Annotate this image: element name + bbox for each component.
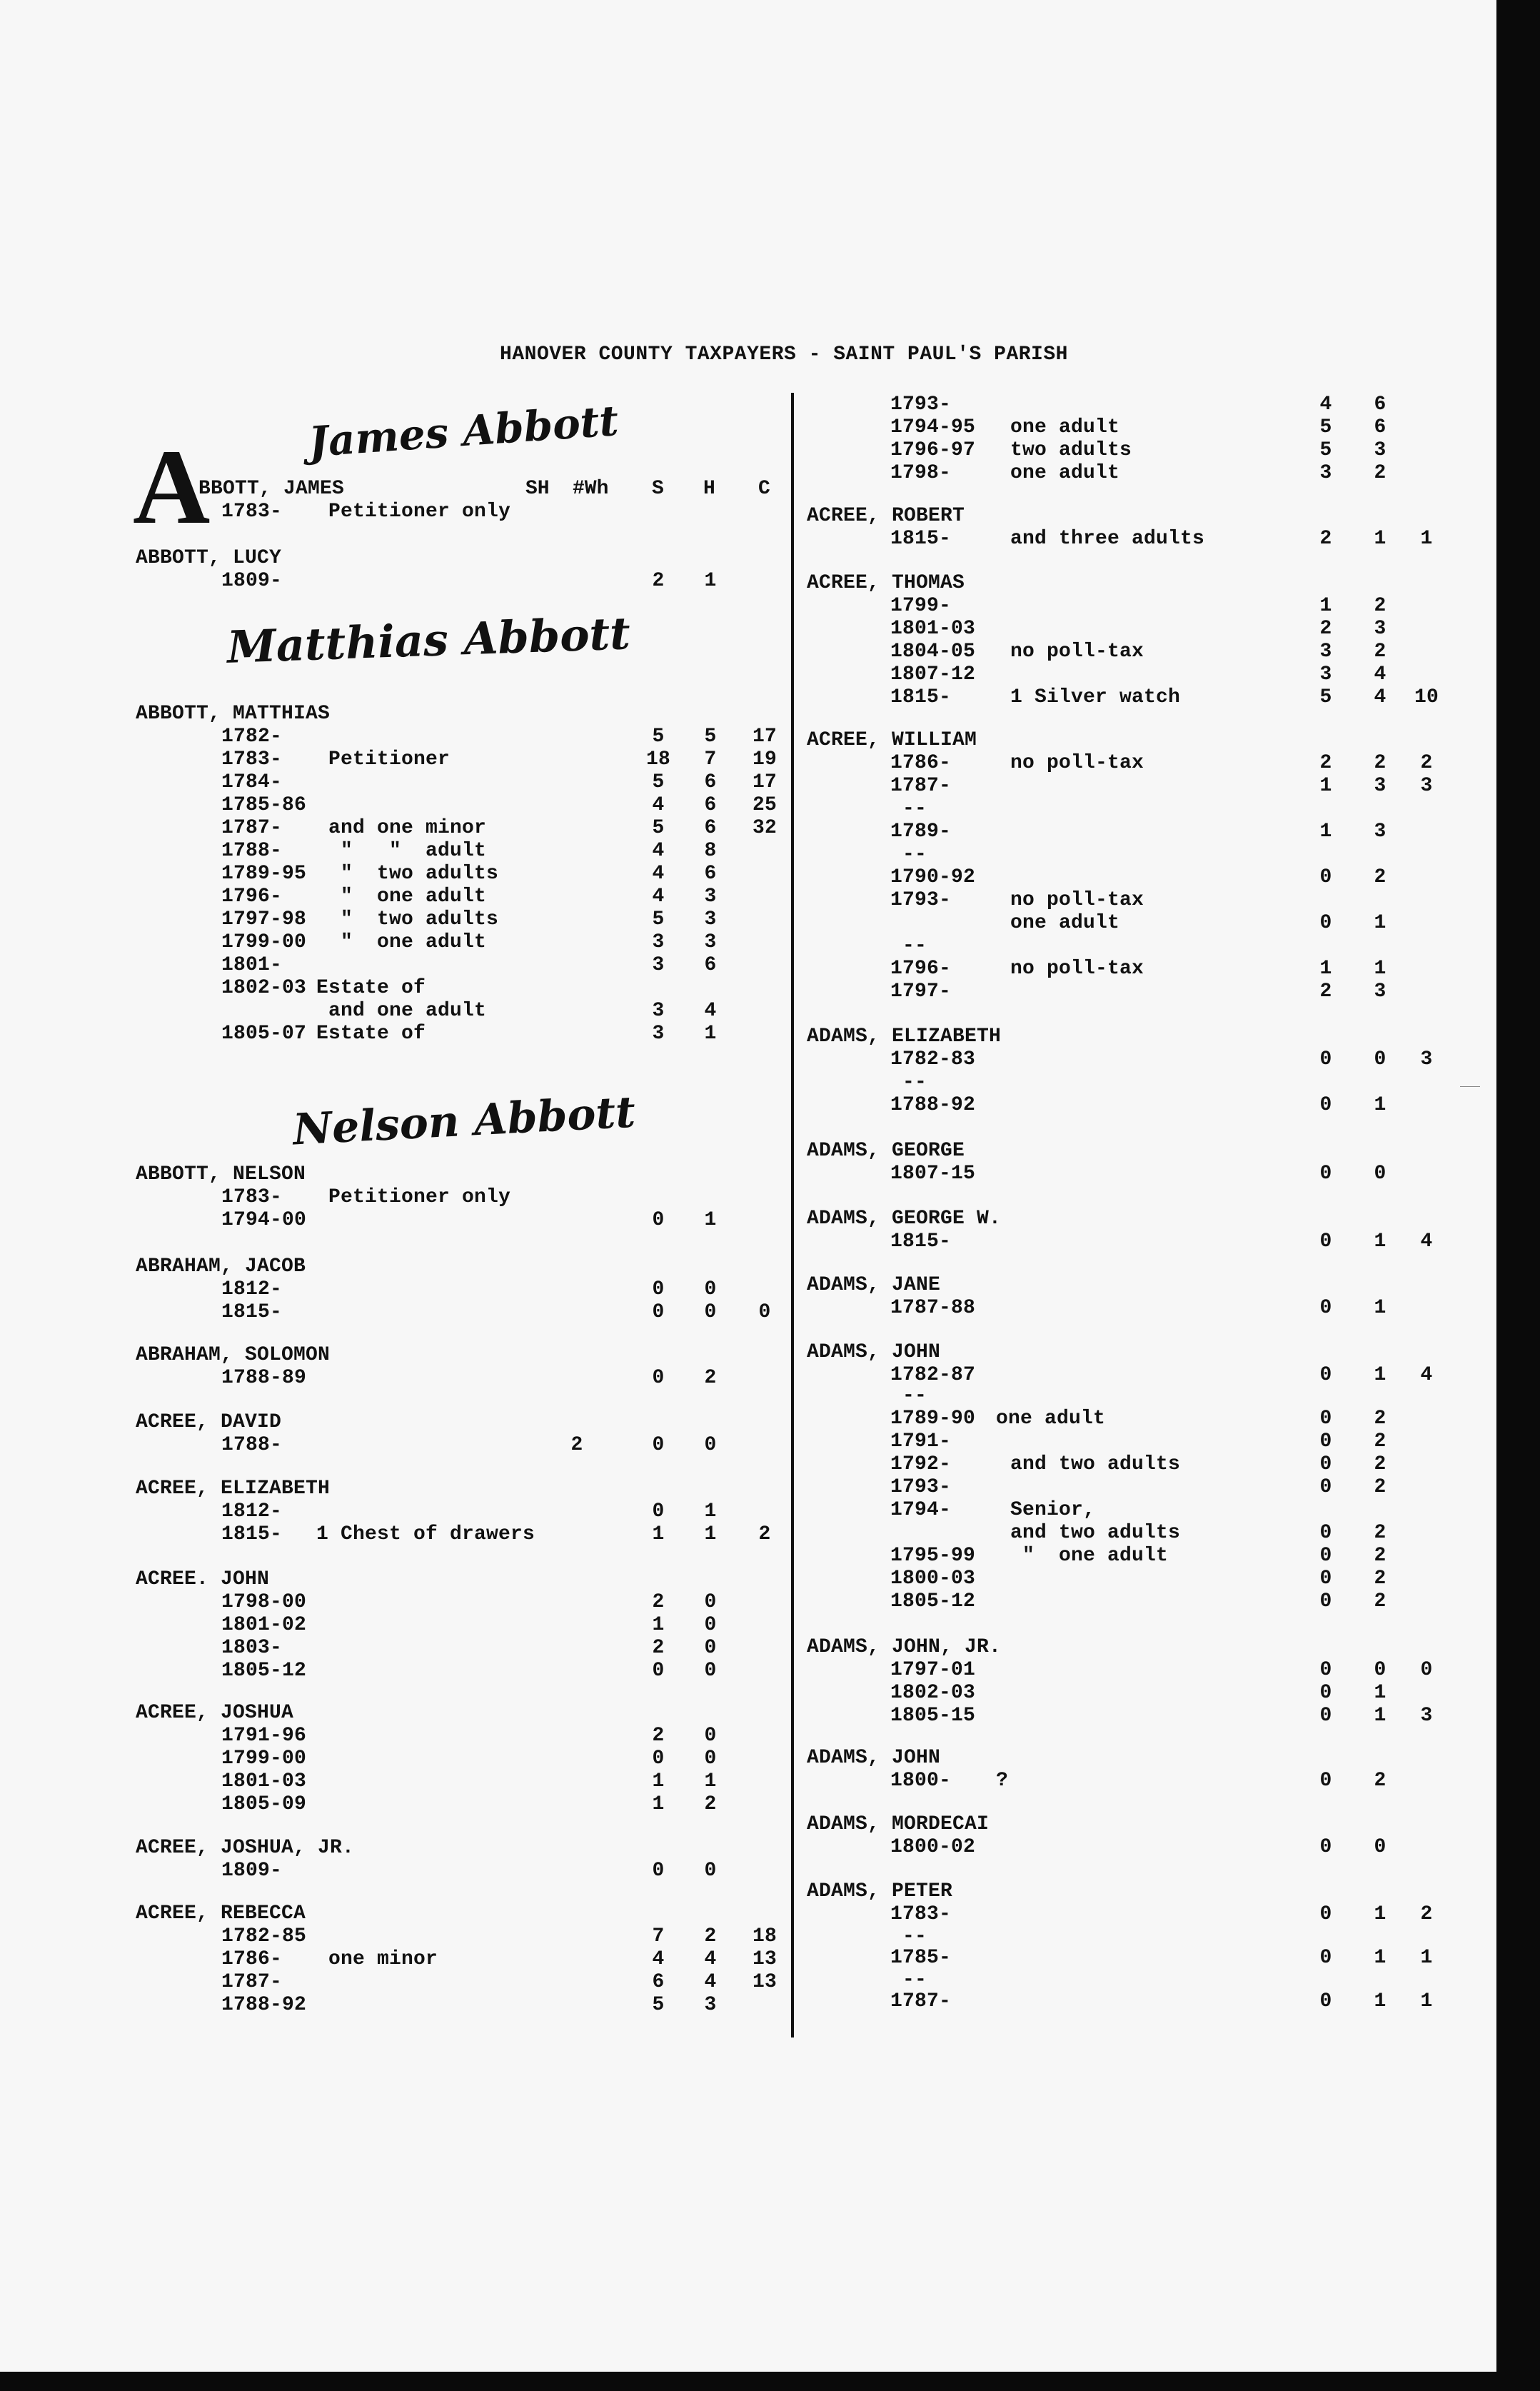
value-slaves: 2 [1308,529,1344,549]
tax-year: 1802-03 [221,978,306,998]
value-cattle: 2 [1409,1905,1444,1925]
value-horses: 2 [693,1368,728,1388]
value-slaves: 0 [1308,1569,1344,1589]
value-horses: 3 [693,887,728,907]
value-slaves: 0 [640,1280,676,1300]
tax-year: 1797-98 [221,910,306,930]
value-horses: 3 [1362,776,1398,796]
value-horses: 0 [1362,1660,1398,1680]
value-slaves: 5 [1308,441,1344,461]
tax-year: 1793- [890,1478,951,1498]
taxpayer-name: ACREE, JOSHUA, JR. [136,1838,354,1858]
value-slaves: 4 [1308,395,1344,415]
value-slaves: 3 [640,933,676,953]
taxpayer-name: ADAMS, MORDECAI [807,1815,989,1835]
tax-year: 1802-03 [890,1683,975,1703]
value-cattle: 13 [747,1973,782,1992]
taxpayer-name: ABRAHAM, JACOB [136,1257,306,1277]
entry-note: one adult [996,1409,1105,1429]
value-slaves: 5 [640,910,676,930]
tax-year: 1787- [890,776,951,796]
value-slaves: 0 [1308,1771,1344,1791]
tax-year: 1785-86 [221,796,306,816]
value-slaves: 2 [640,1726,676,1746]
value-sh: 2 [559,1435,595,1455]
value-slaves: 5 [640,773,676,793]
tax-year: 1785- [890,1948,951,1968]
value-horses: 0 [693,1726,728,1746]
value-slaves: 2 [640,1593,676,1613]
value-cattle: 1 [1409,529,1444,549]
year-continuation-mark: -- [890,936,927,956]
tax-year: 1801-03 [890,619,975,639]
value-horses: 2 [1362,1592,1398,1612]
tax-year: 1786- [221,1950,282,1970]
tax-year: 1805-09 [221,1795,306,1815]
value-horses: 1 [1362,1096,1398,1116]
signature-james-abbott: James Abbott [307,396,620,466]
value-horses: 2 [1362,463,1398,483]
value-horses: 0 [693,1615,728,1635]
entry-note: and two adults [1010,1455,1180,1475]
value-horses: 3 [693,1995,728,2015]
tax-year: 1783- [890,1905,951,1925]
taxpayer-name: BBOTT, JAMES [198,479,344,499]
value-horses: 3 [693,910,728,930]
tax-year: 1789-90 [890,1409,975,1429]
entry-note: Estate of [316,1024,426,1044]
value-cattle: 1 [1409,1992,1444,2012]
tax-year: 1791- [890,1432,951,1452]
value-horses: 0 [693,1593,728,1613]
value-slaves: 1 [1308,596,1344,616]
taxpayer-name: ACREE, THOMAS [807,573,965,593]
value-slaves: 2 [640,1638,676,1658]
scan-mark [1460,1086,1480,1087]
value-slaves: 18 [640,750,676,770]
value-horses: 0 [693,1638,728,1658]
value-horses: 8 [693,841,728,861]
entry-note: 1 Silver watch [1010,688,1180,708]
value-slaves: 4 [640,796,676,816]
column-header-wh: #Wh [573,478,608,500]
tax-year: 1805-12 [221,1661,306,1681]
tax-year: 1787- [890,1992,951,2012]
entry-note: and two adults [1010,1523,1180,1543]
value-horses: 1 [693,571,728,591]
taxpayer-name: ACREE, REBECCA [136,1904,306,1924]
value-slaves: 1 [640,1772,676,1792]
value-cattle: 17 [747,727,782,747]
value-cattle: 17 [747,773,782,793]
value-slaves: 0 [1308,1478,1344,1498]
entry-note: ? [996,1771,1008,1791]
taxpayer-name: ACREE, JOSHUA [136,1703,293,1723]
value-cattle: 13 [747,1950,782,1970]
value-horses: 1 [1362,1365,1398,1385]
tax-year: 1794-95 [890,418,975,438]
value-horses: 3 [1362,441,1398,461]
value-horses: 4 [693,1950,728,1970]
value-horses: 1 [1362,1948,1398,1968]
value-slaves: 0 [1308,1523,1344,1543]
value-cattle: 4 [1409,1232,1444,1252]
year-continuation-mark: -- [890,845,927,865]
tax-year: 1795-99 [890,1546,975,1566]
value-slaves: 1 [1308,822,1344,842]
value-slaves: 0 [640,1502,676,1522]
value-slaves: 5 [640,727,676,747]
value-slaves: 0 [1308,1050,1344,1070]
tax-year: 1782-87 [890,1365,975,1385]
value-horses: 6 [693,818,728,838]
column-header-s: S [652,478,664,500]
value-cattle: 3 [1409,1706,1444,1726]
value-slaves: 0 [1308,1409,1344,1429]
value-horses: 2 [1362,868,1398,888]
tax-year: 1807-15 [890,1164,975,1184]
tax-year: 1805-07 [221,1024,306,1044]
value-slaves: 5 [1308,688,1344,708]
value-slaves: 0 [1308,1232,1344,1252]
column-header-c: C [758,478,770,500]
value-horses: 0 [693,1861,728,1881]
value-slaves: 0 [1308,1838,1344,1858]
value-horses: 1 [1362,1905,1398,1925]
value-slaves: 3 [1308,665,1344,685]
value-slaves: 0 [1308,1706,1344,1726]
tax-year: 1815- [890,1232,951,1252]
tax-year: 1799- [890,596,951,616]
tax-year: 1815- [890,688,951,708]
entry-note: Petitioner only [328,502,510,522]
value-horses: 4 [1362,665,1398,685]
tax-year: 1782-85 [221,1927,306,1947]
value-slaves: 0 [1308,1455,1344,1475]
value-horses: 1 [693,1772,728,1792]
year-continuation-mark: -- [890,1927,927,1947]
value-cattle: 2 [747,1525,782,1545]
tax-year: 1798- [890,463,951,483]
value-cattle: 25 [747,796,782,816]
tax-year: 1789-95 [221,864,306,884]
value-slaves: 0 [1308,1365,1344,1385]
value-slaves: 3 [1308,463,1344,483]
value-slaves: 0 [1308,1905,1344,1925]
value-slaves: 0 [1308,913,1344,933]
tax-year: 1801- [221,956,282,976]
taxpayer-name: ABBOTT, LUCY [136,548,281,568]
value-slaves: 0 [1308,1096,1344,1116]
value-horses: 1 [1362,1992,1398,2012]
value-horses: 2 [693,1795,728,1815]
value-horses: 2 [1362,1569,1398,1589]
tax-year: 1809- [221,1861,282,1881]
entry-note: one minor [328,1950,438,1970]
tax-year: 1796- [221,887,282,907]
value-horses: 4 [1362,688,1398,708]
entry-note: two adults [1010,441,1132,461]
tax-year: 1807-12 [890,665,975,685]
value-horses: 2 [693,1927,728,1947]
tax-year: 1791-96 [221,1726,306,1746]
taxpayer-name: ACREE, DAVID [136,1413,281,1433]
entry-note: Estate of [316,978,426,998]
value-slaves: 0 [640,1861,676,1881]
value-slaves: 0 [640,1749,676,1769]
entry-note: and three adults [1010,529,1204,549]
tax-year: 1800- [890,1771,951,1791]
value-horses: 5 [693,727,728,747]
value-horses: 2 [1362,753,1398,773]
value-horses: 3 [1362,822,1398,842]
tax-year: 1782-83 [890,1050,975,1070]
value-horses: 4 [693,1973,728,1992]
value-horses: 6 [693,956,728,976]
value-cattle: 10 [1409,688,1444,708]
tax-year: 1793- [890,395,951,415]
value-horses: 6 [1362,395,1398,415]
year-continuation-mark: -- [890,799,927,819]
value-horses: 1 [1362,913,1398,933]
tax-year: 1783- [221,502,282,522]
value-slaves: 5 [640,1995,676,2015]
year-continuation-mark: -- [890,1073,927,1093]
tax-year: 1815- [221,1303,282,1323]
value-slaves: 0 [1308,1992,1344,2012]
value-slaves: 0 [1308,1948,1344,1968]
tax-year: 1783- [221,1188,282,1208]
tax-year: 1788- [221,841,282,861]
column-header-h: H [703,478,715,500]
value-slaves: 0 [640,1661,676,1681]
value-slaves: 0 [1308,1546,1344,1566]
value-horses: 2 [1362,1455,1398,1475]
value-horses: 0 [693,1280,728,1300]
taxpayer-name: ACREE, ELIZABETH [136,1479,330,1499]
value-horses: 0 [1362,1164,1398,1184]
value-horses: 1 [693,1024,728,1044]
entry-note: " one adult [328,933,486,953]
value-horses: 2 [1362,1546,1398,1566]
taxpayer-name: ADAMS, JANE [807,1275,940,1295]
value-horses: 6 [693,796,728,816]
taxpayer-name: ACREE. JOHN [136,1570,269,1590]
value-slaves: 1 [640,1795,676,1815]
taxpayer-name: ADAMS, ELIZABETH [807,1027,1001,1047]
value-horses: 1 [1362,959,1398,979]
value-horses: 0 [693,1435,728,1455]
value-slaves: 0 [1308,1164,1344,1184]
tax-year: 1798-00 [221,1593,306,1613]
value-horses: 3 [1362,619,1398,639]
entry-note: " one adult [328,887,486,907]
value-horses: 3 [693,933,728,953]
value-horses: 0 [693,1303,728,1323]
value-horses: 2 [1362,1432,1398,1452]
tax-year: 1799-00 [221,1749,306,1769]
value-cattle: 32 [747,818,782,838]
value-cattle: 3 [1409,1050,1444,1070]
tax-year: 1786- [890,753,951,773]
tax-year: 1788-92 [890,1096,975,1116]
value-horses: 0 [1362,1050,1398,1070]
tax-year: 1797- [890,982,951,1002]
value-horses: 1 [693,1210,728,1230]
value-slaves: 6 [640,1973,676,1992]
taxpayer-name: ABBOTT, NELSON [136,1165,306,1185]
value-cattle: 2 [1409,753,1444,773]
value-horses: 2 [1362,1409,1398,1429]
tax-year: 1782- [221,727,282,747]
value-cattle: 18 [747,1927,782,1947]
value-horses: 4 [693,1001,728,1021]
value-slaves: 3 [640,956,676,976]
value-slaves: 7 [640,1927,676,1947]
value-horses: 0 [693,1661,728,1681]
value-horses: 1 [1362,529,1398,549]
entry-note: no poll-tax [1010,753,1144,773]
tax-year: 1784- [221,773,282,793]
value-cattle: 4 [1409,1365,1444,1385]
value-slaves: 0 [640,1368,676,1388]
value-cattle: 3 [1409,776,1444,796]
tax-year: 1788-92 [221,1995,306,2015]
tax-year: 1796- [890,959,951,979]
value-slaves: 2 [1308,982,1344,1002]
tax-year: 1787- [221,1973,282,1992]
column-header-sh: SH [525,478,550,500]
tax-year: 1801-03 [221,1772,306,1792]
value-slaves: 1 [1308,776,1344,796]
entry-note: no poll-tax [1010,959,1144,979]
taxpayer-name: ACREE, WILLIAM [807,731,977,751]
taxpayer-name: ADAMS, JOHN [807,1748,940,1768]
document-page: HANOVER COUNTY TAXPAYERS - SAINT PAUL'S … [0,0,1496,2372]
value-cattle: 19 [747,750,782,770]
taxpayer-name: ADAMS, GEORGE W. [807,1209,1001,1229]
entry-note: no poll-tax [1010,891,1144,911]
entry-note: " two adults [328,910,498,930]
value-horses: 6 [693,773,728,793]
value-slaves: 3 [640,1001,676,1021]
value-slaves: 2 [1308,753,1344,773]
value-slaves: 4 [640,887,676,907]
tax-year: 1793- [890,891,951,911]
entry-note: Petitioner only [328,1188,510,1208]
taxpayer-name: ADAMS, GEORGE [807,1141,965,1161]
tax-year: 1796-97 [890,441,975,461]
value-slaves: 0 [1308,868,1344,888]
value-horses: 1 [1362,1298,1398,1318]
taxpayer-name: ADAMS, JOHN [807,1343,940,1363]
value-slaves: 1 [1308,959,1344,979]
value-horses: 1 [1362,1706,1398,1726]
entry-note: one adult [1010,463,1119,483]
tax-year: 1801-02 [221,1615,306,1635]
tax-year: 1799-00 [221,933,306,953]
value-horses: 2 [1362,596,1398,616]
tax-year: 1800-02 [890,1838,975,1858]
value-cattle: 0 [747,1303,782,1323]
value-slaves: 3 [1308,642,1344,662]
entry-note: 1 Chest of drawers [316,1525,535,1545]
column-divider [791,393,794,2037]
value-horses: 2 [1362,642,1398,662]
tax-year: 1789- [890,822,951,842]
value-horses: 0 [693,1749,728,1769]
entry-note: Senior, [1010,1500,1095,1520]
tax-year: 1787-88 [890,1298,975,1318]
value-horses: 0 [1362,1838,1398,1858]
value-slaves: 1 [640,1525,676,1545]
taxpayer-name: ADAMS, PETER [807,1882,952,1902]
value-slaves: 0 [640,1435,676,1455]
value-horses: 1 [1362,1683,1398,1703]
value-slaves: 5 [640,818,676,838]
tax-year: 1803- [221,1638,282,1658]
taxpayer-name: ADAMS, JOHN, JR. [807,1638,1001,1658]
signature-nelson-abbott: Nelson Abbott [291,1087,636,1155]
value-slaves: 4 [640,1950,676,1970]
value-horses: 2 [1362,1523,1398,1543]
value-slaves: 0 [1308,1660,1344,1680]
value-horses: 3 [1362,982,1398,1002]
tax-year: 1794-00 [221,1210,306,1230]
value-slaves: 0 [640,1210,676,1230]
value-horses: 2 [1362,1771,1398,1791]
tax-year: 1792- [890,1455,951,1475]
tax-year: 1794- [890,1500,951,1520]
taxpayer-name: ACREE, ROBERT [807,506,965,526]
value-slaves: 1 [640,1615,676,1635]
tax-year: 1783- [221,750,282,770]
tax-year: 1809- [221,571,282,591]
entry-note: one adult [1010,913,1119,933]
value-horses: 1 [1362,1232,1398,1252]
page-header: HANOVER COUNTY TAXPAYERS - SAINT PAUL'S … [473,344,1095,366]
value-slaves: 4 [640,841,676,861]
tax-year: 1797-01 [890,1660,975,1680]
value-horses: 7 [693,750,728,770]
tax-year: 1805-12 [890,1592,975,1612]
value-slaves: 0 [1308,1298,1344,1318]
entry-note: and one adult [328,1001,486,1021]
tax-year: 1812- [221,1280,282,1300]
tax-year: 1805-15 [890,1706,975,1726]
tax-year: 1804-05 [890,642,975,662]
entry-note: " " adult [328,841,486,861]
value-horses: 6 [693,864,728,884]
value-horses: 1 [693,1502,728,1522]
value-slaves: 3 [640,1024,676,1044]
taxpayer-name: ABBOTT, MATTHIAS [136,704,330,724]
entry-note: and one minor [328,818,486,838]
tax-year: 1787- [221,818,282,838]
value-slaves: 0 [1308,1683,1344,1703]
taxpayer-name: ABRAHAM, SOLOMON [136,1345,330,1365]
value-slaves: 0 [640,1303,676,1323]
entry-note: Petitioner [328,750,450,770]
value-horses: 1 [693,1525,728,1545]
value-slaves: 0 [1308,1592,1344,1612]
year-continuation-mark: -- [890,1386,927,1406]
entry-note: " two adults [328,864,498,884]
entry-note: " one adult [1010,1546,1168,1566]
value-horses: 6 [1362,418,1398,438]
tax-year: 1788-89 [221,1368,306,1388]
value-slaves: 2 [640,571,676,591]
